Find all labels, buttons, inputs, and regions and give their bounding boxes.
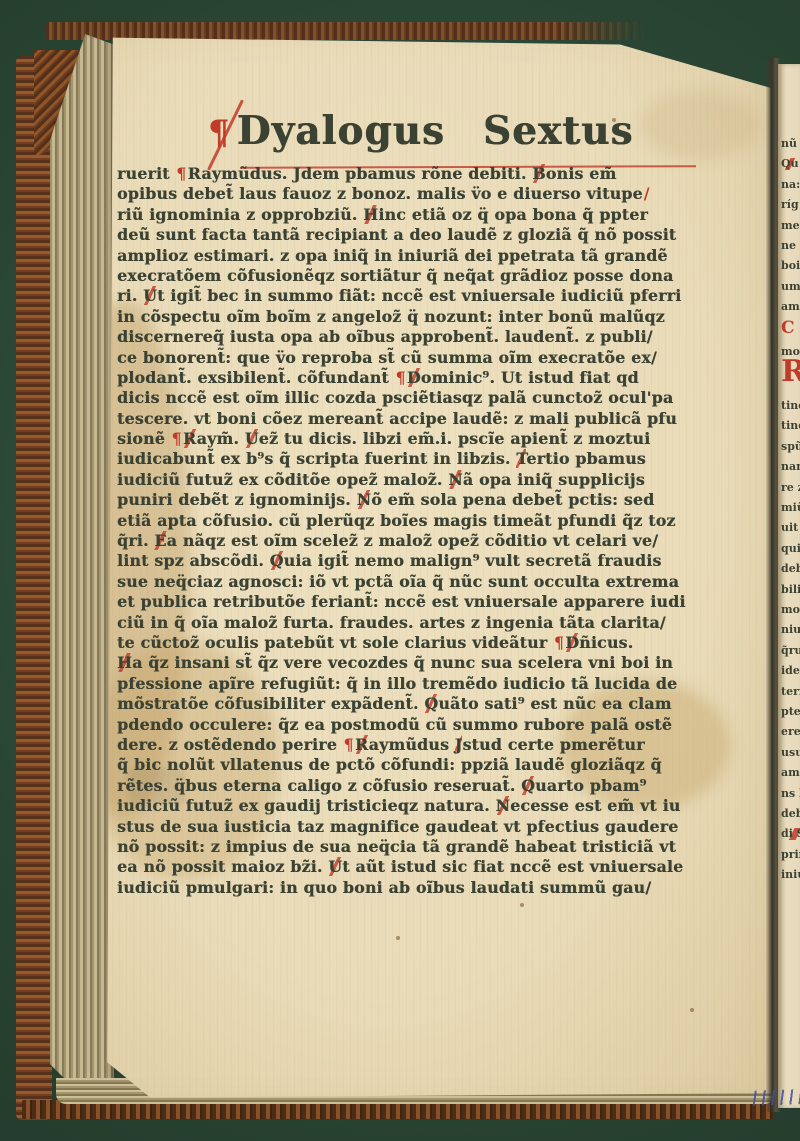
cover-edge-left [16,56,52,1120]
text-line: etiã apta cõfusio. cũ plerũqz boĩes magi… [117,511,702,531]
body-text: ruerit ¶Raymũdus. Jdem pbamus rõne debit… [117,164,702,898]
text-line: pdendo occulere: q̃z ea postmodũ cũ summ… [117,715,702,735]
facing-text-fragment: am ( [781,301,800,313]
text-line: ce bonorent̃: que v̈o reproba st̃ cũ sum… [117,348,702,368]
text-line: ea nõ possit maioz bz̃i. Ut aũt istud si… [117,857,702,877]
text-line: execratõem cõfusionẽqz sortiãtur q̃ neq̃… [117,266,702,286]
facing-text-fragment: mozĩ [781,604,800,616]
facing-text-fragment: ns b [781,788,800,800]
text-line: ruerit ¶Raymũdus. Jdem pbamus rõne debit… [117,164,702,184]
text-line: Ha q̃z insani st̃ q̃z vere vecozdes q̃ n… [117,653,702,673]
text-line: iudiciũ futuz̃ ex cõditõe opez̃ maloz̃. … [117,470,702,490]
facing-text-fragment: tinc [781,400,800,412]
facing-text-fragment: usurz [781,747,800,759]
text-line: iudiciũ futuz̃ ex gaudij tristicieqz nat… [117,796,702,816]
facing-text-fragment: me [781,220,800,232]
text-line: pfessione apĩre refugiũt: q̃ in illo tre… [117,674,702,694]
facing-text-fragment: miũ r [781,502,800,514]
facing-text-fragment: q̃ru [781,645,800,657]
text-line: mõstratõe cõfusibiliter expãdent̃. Quãto… [117,694,702,714]
text-line: q̃ bic nolũt vllatenus de pctõ cõfundi: … [117,755,702,775]
text-line: dicis nccẽ est oĩm illic cozda psciẽtias… [117,388,702,408]
text-line: discernereq̃ iusta opa ab oĩbus approben… [117,327,702,347]
facing-text-fragment: re z [781,482,800,494]
text-line: opibus debet̃ laus fauoz z bonoz. malis … [117,184,702,204]
fore-edge-ink-mark [752,1089,800,1106]
facing-text-fragment: nũ [781,138,797,150]
facing-text-fragment: R [781,366,800,378]
text-line: sionẽ ¶Raym̃. Uez̃ tu dicis. libzi em̃.i… [117,429,702,449]
text-line: plodant̃. exsibilent̃. cõfundant̃ ¶Domin… [117,368,702,388]
facing-text-fragment: nius v [781,624,800,636]
facing-text-fragment: erea. [781,726,800,738]
facing-text-fragment: ternu [781,686,800,698]
facing-text-fragment: um [781,281,800,293]
text-line: te cũctoz̃ oculis patebũt vt sole clariu… [117,633,702,653]
text-line: amplioz estimari. z opa iniq̃ in iniuriã… [117,246,702,266]
facing-text-fragment: ideo [781,665,800,677]
text-line: tescere. vt boni cõez mereant̃ accipe la… [117,409,702,429]
text-line: nõ possit: z impius de sua neq̈cia tã gr… [117,837,702,857]
facing-text-fragment: spũa [781,441,800,453]
page-edges-left [50,34,114,1096]
text-line: deũ sunt facta tantã recipiant a deo lau… [117,225,702,245]
facing-text-fragment: tinet [781,420,800,432]
facing-text-fragment: iniuc [781,869,800,881]
text-line: iudiciũ pmulgari: in quo boni ab oĩbus l… [117,878,702,898]
text-line: riũ ignominia z opprobziũ. Hinc etiã oz … [117,205,702,225]
book-photograph: ¶DyalogusSextus ruerit ¶Raymũdus. Jdem p… [0,0,800,1141]
cover-edge-top [46,22,646,40]
facing-text-fragment: am⁹ [781,767,800,779]
facing-text-fragment: C [781,322,795,334]
facing-text-fragment: na: [781,179,800,191]
text-line: in cõspectu oĩm boĩm z angeloz̃ q̈ nozun… [117,307,702,327]
facing-text-fragment: debz [781,563,800,575]
title-word-2: Sextus [483,108,634,154]
text-line: sue neq̈ciaz agnosci: iõ vt pctã oĩa q̃ … [117,572,702,592]
text-line: puniri debẽt z ignominijs. Nõ em̃ sola p… [117,490,702,510]
facing-text-fragment: prim [781,849,800,861]
text-line: et publica retributõe feriant̃: nccẽ est… [117,592,702,612]
facing-text-fragment: quia [781,543,800,555]
title-word-1: Dyalogus [237,108,445,154]
text-line: q̃ri. Ea nãqz est oĩm scelez̃ z maloz̃ o… [117,531,702,551]
facing-text-fragment: pter [781,706,800,718]
facing-text-fragment: ne ( [781,240,800,252]
facing-text-fragment: debet̃ [781,808,800,820]
text-line: stus de sua iusticia taz magnifice gaude… [117,817,702,837]
facing-text-fragment: bili c [781,584,800,596]
page-title: ¶DyalogusSextus [208,108,633,154]
facing-text-fragment: Qu [781,158,799,170]
text-line: lint spz abscõdi. Quia igit̃ nemo malign… [117,551,702,571]
text-line: ri. Ut igit̃ bec in summo fiãt: nccẽ est… [117,286,702,306]
facing-page-edge: nũQuna:rígmene (boiumam (CmoRtinctinetsp… [778,64,800,1108]
text-line: ciũ in q̃ oĩa maloz̃ furta. fraudes. art… [117,613,702,633]
text-line: rẽtes. q̈bus eterna caligo z cõfusio res… [117,776,702,796]
facing-text-fragment: di Si [781,828,800,840]
text-line: dere. z ostẽdendo perire ¶Raymũdus Jstud… [117,735,702,755]
facing-text-fragment: boi [781,260,800,272]
facing-text-fragment: uit a [781,522,800,534]
text-line: iudicabunt̃ ex b⁹s q̃ scripta fuerint in… [117,449,702,469]
facing-text-fragment: nam [781,461,800,473]
facing-text-fragment: ríg [781,199,799,211]
